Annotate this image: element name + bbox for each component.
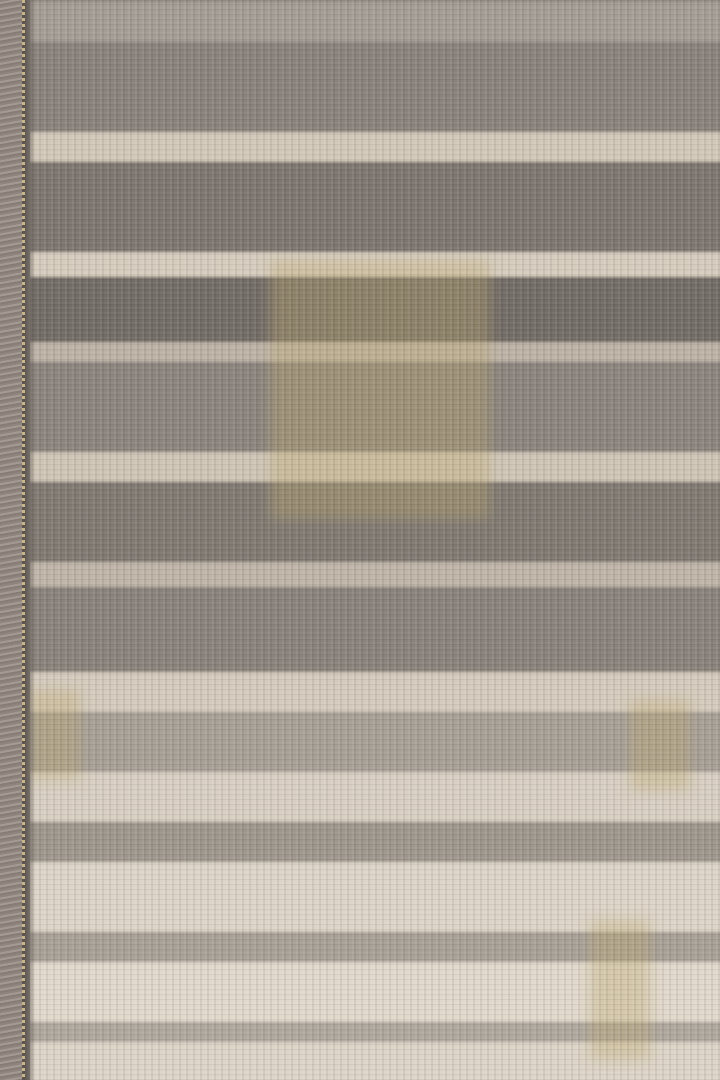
rug-stripe <box>30 710 720 776</box>
rug-stripe <box>30 585 720 676</box>
binding-stitch-line <box>22 0 25 1080</box>
gold-fleck-patch <box>590 920 650 1060</box>
rug-photo <box>0 0 720 1080</box>
gold-fleck-patch <box>30 690 80 780</box>
gold-fleck-patch <box>270 260 490 520</box>
rug-stripe <box>30 40 720 136</box>
gold-fleck-patch <box>630 700 690 790</box>
rug-pile-field <box>30 0 720 1080</box>
rug-stripe <box>30 770 720 826</box>
binding-shadow <box>25 0 35 1080</box>
rug-stripe <box>30 160 720 256</box>
